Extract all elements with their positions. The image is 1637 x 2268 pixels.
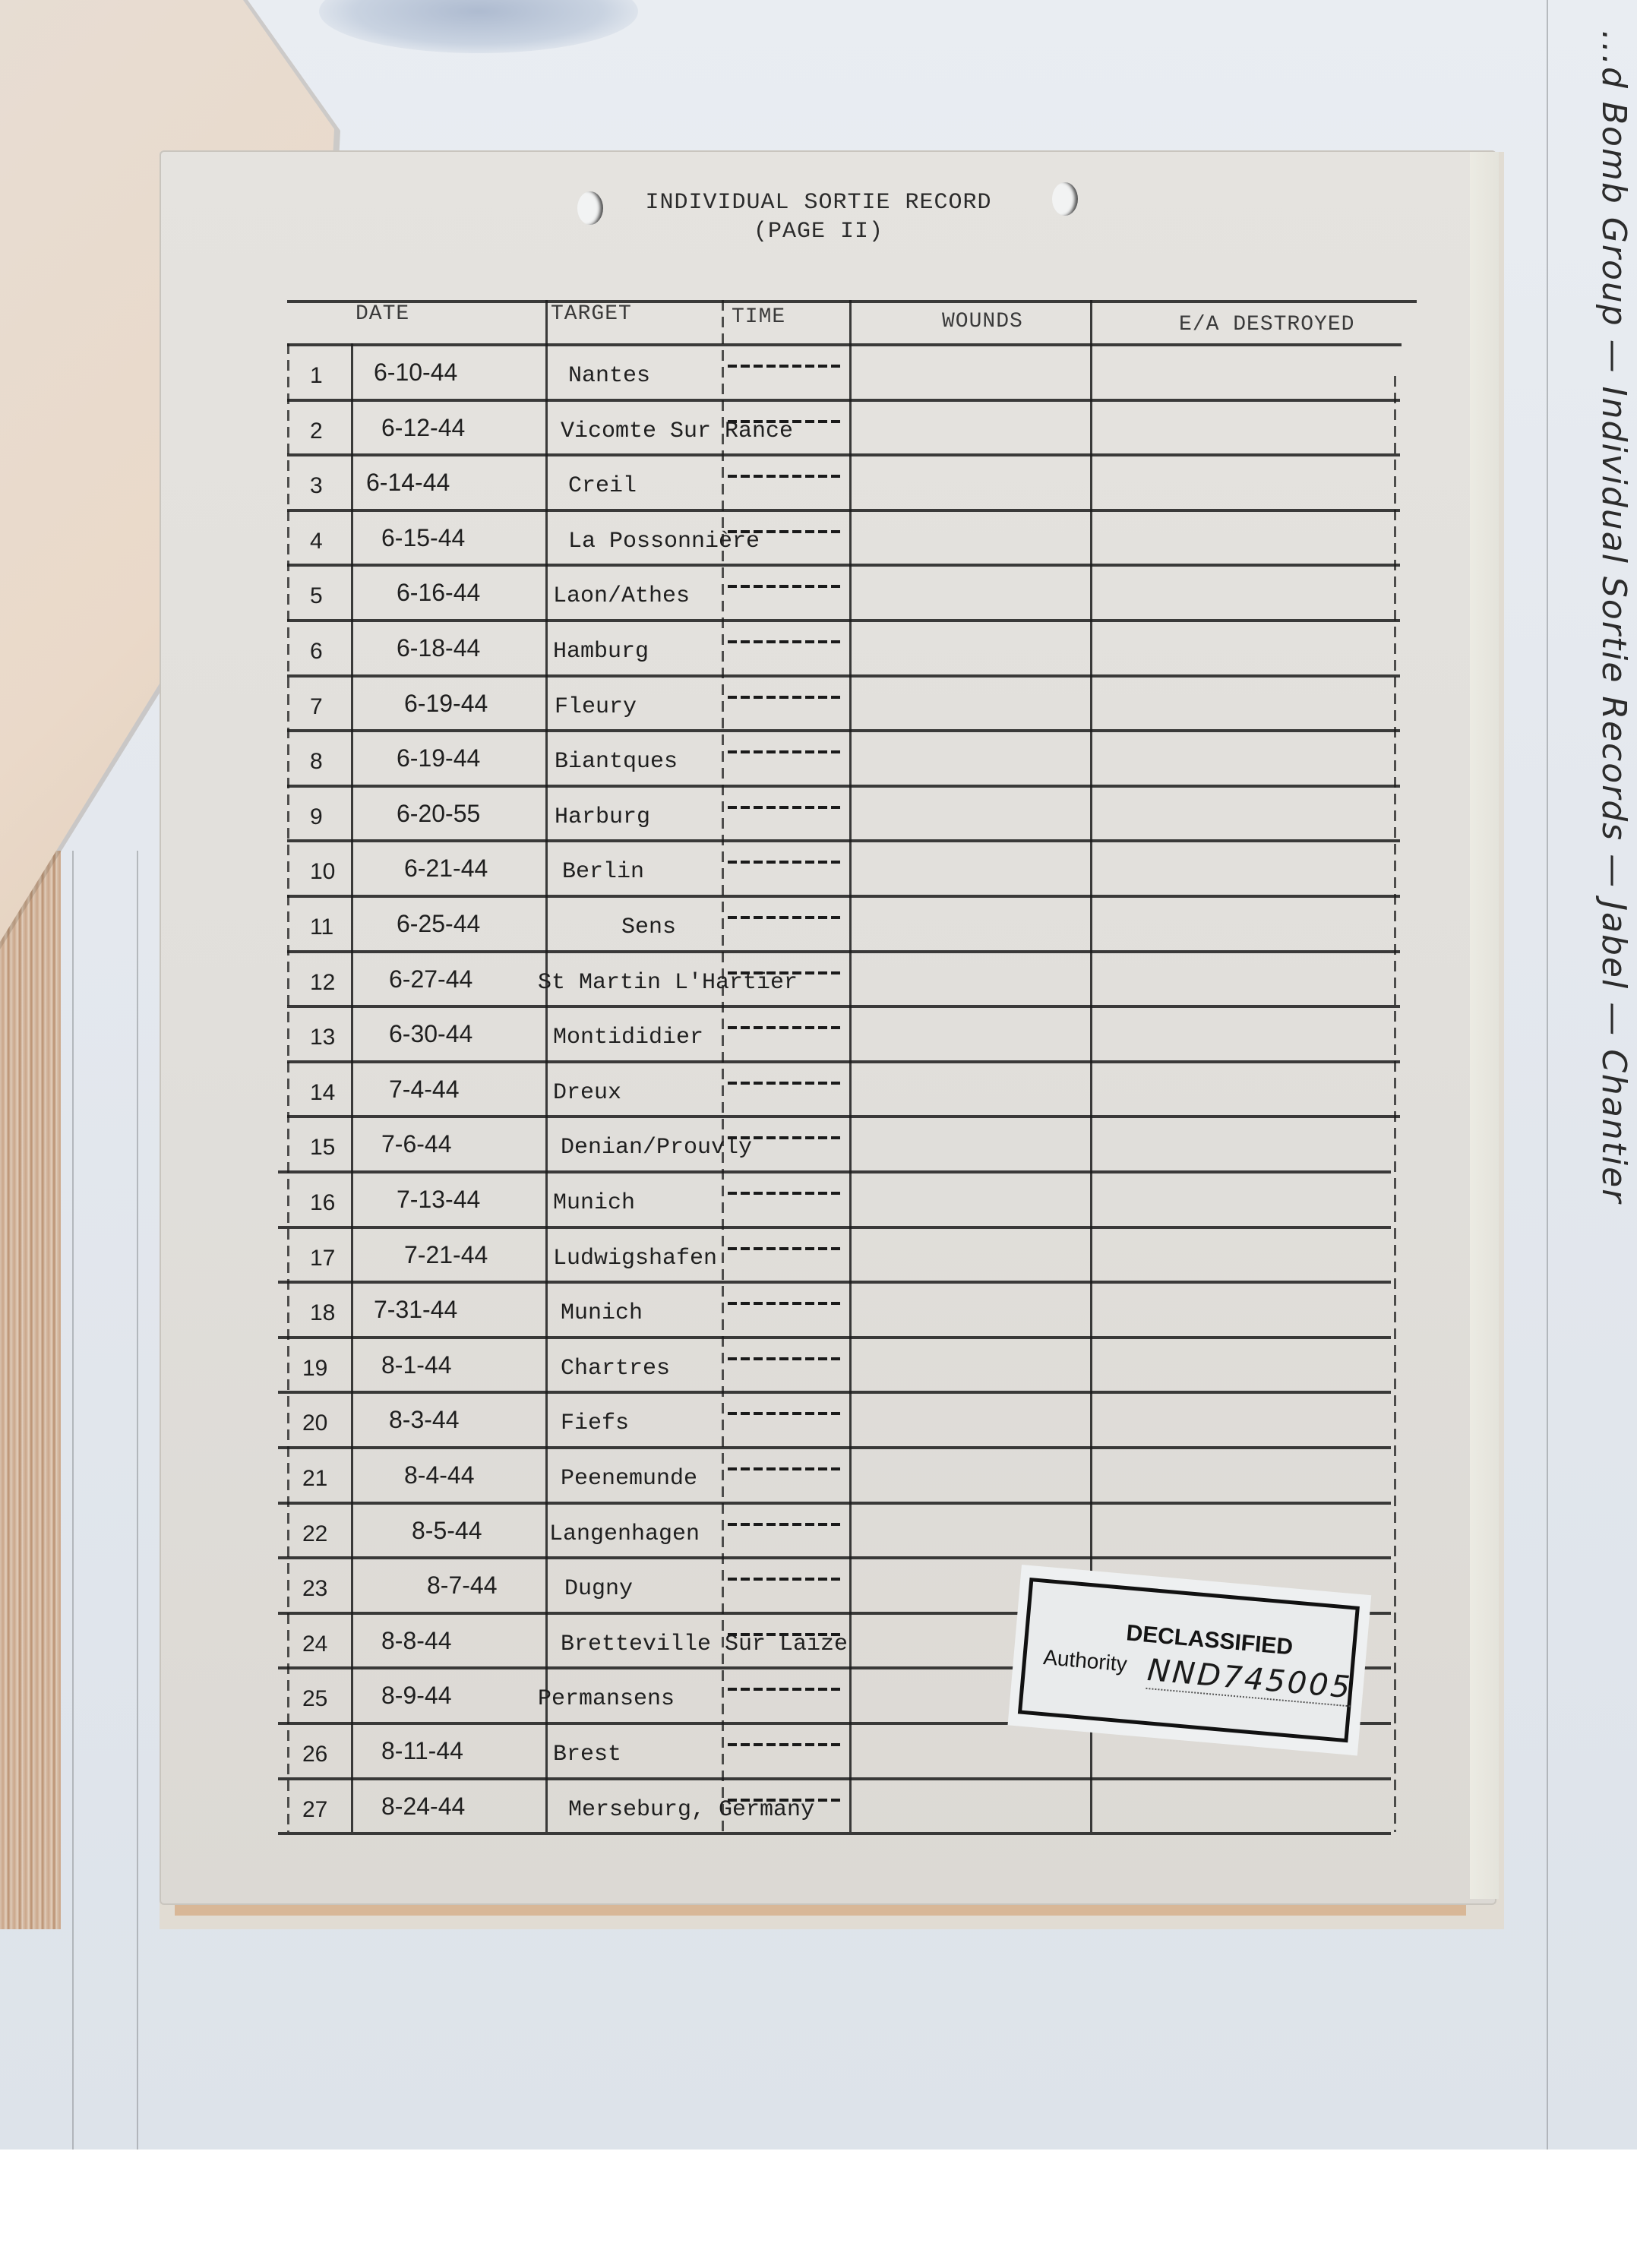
row-rule <box>287 674 1400 678</box>
column-header-time: TIME <box>732 305 785 329</box>
time-dash-placeholder <box>728 1357 842 1360</box>
target-name: Brest <box>553 1742 621 1767</box>
row-rule <box>287 1115 1400 1118</box>
time-dash-placeholder <box>728 861 842 864</box>
target-name: Peenemunde <box>561 1466 697 1492</box>
target-name: Dugny <box>564 1576 633 1602</box>
target-name: Sens <box>621 914 676 940</box>
time-dash-placeholder <box>728 1523 842 1526</box>
sortie-date: 6-30-44 <box>389 1020 472 1048</box>
folder-page-edges <box>0 851 61 1929</box>
time-dash-placeholder <box>728 1799 842 1802</box>
column-header-wounds: WOUNDS <box>942 310 1023 333</box>
table-right-rule <box>1394 376 1396 1832</box>
sortie-date: 8-5-44 <box>412 1517 482 1545</box>
sortie-date: 6-20-55 <box>397 800 480 828</box>
row-number: 27 <box>302 1797 327 1823</box>
row-number: 4 <box>310 529 323 554</box>
stamp-authority-code: NND745005 <box>1146 1653 1353 1707</box>
paper-right-edge <box>1470 152 1499 1899</box>
document-title: INDIVIDUAL SORTIE RECORD <box>0 190 1637 216</box>
sortie-date: 8-24-44 <box>381 1793 465 1821</box>
target-name: Biantques <box>555 749 678 775</box>
time-dash-placeholder <box>728 1026 842 1029</box>
row-rule <box>278 1502 1391 1505</box>
target-name: Dreux <box>553 1080 621 1106</box>
column-header-target: TARGET <box>551 302 632 326</box>
sortie-date: 6-19-44 <box>404 690 488 718</box>
time-dash-placeholder <box>728 1136 842 1139</box>
row-rule <box>287 399 1400 402</box>
row-rule <box>287 950 1400 953</box>
guide-line-right <box>1547 0 1548 2150</box>
document-subtitle: (PAGE II) <box>0 219 1637 245</box>
sortie-date: 7-4-44 <box>389 1076 460 1104</box>
sortie-date: 8-3-44 <box>389 1406 460 1434</box>
row-rule <box>287 564 1400 567</box>
sortie-date: 7-13-44 <box>397 1186 480 1214</box>
time-dash-placeholder <box>728 1688 842 1691</box>
sortie-date: 8-11-44 <box>381 1737 463 1765</box>
time-dash-placeholder <box>728 916 842 919</box>
time-dash-placeholder <box>728 1082 842 1085</box>
target-name: Fleury <box>555 694 637 720</box>
row-number: 13 <box>310 1025 335 1050</box>
target-name: Nantes <box>568 363 650 389</box>
sortie-date: 6-18-44 <box>397 634 480 662</box>
target-name: Montididier <box>553 1025 703 1050</box>
sortie-date: 6-25-44 <box>397 910 480 938</box>
target-name: Creil <box>568 473 637 499</box>
time-dash-placeholder <box>728 1578 842 1581</box>
row-number: 23 <box>302 1576 327 1602</box>
row-number: 10 <box>310 859 335 885</box>
row-number: 21 <box>302 1466 327 1492</box>
row-rule <box>287 895 1400 898</box>
target-name: Hamburg <box>553 639 649 665</box>
sortie-date: 8-4-44 <box>404 1461 475 1489</box>
target-name: Munich <box>561 1300 643 1326</box>
row-rule <box>278 1170 1391 1173</box>
row-rule <box>278 1446 1391 1449</box>
sortie-date: 8-1-44 <box>381 1351 452 1379</box>
stamp-border: DECLASSIFIED Authority NND745005 <box>1018 1578 1360 1742</box>
time-dash-placeholder <box>728 1633 842 1636</box>
row-rule <box>287 729 1400 732</box>
sortie-date: 6-14-44 <box>366 469 450 497</box>
row-number: 16 <box>310 1190 335 1216</box>
sortie-date: 6-10-44 <box>374 359 457 387</box>
target-name: Munich <box>553 1190 635 1216</box>
row-rule <box>287 785 1400 788</box>
row-number: 25 <box>302 1686 327 1712</box>
row-rule <box>278 1832 1391 1835</box>
time-dash-placeholder <box>728 640 842 643</box>
sortie-date: 7-21-44 <box>404 1241 488 1269</box>
row-rule <box>287 453 1400 456</box>
row-number: 18 <box>310 1300 335 1326</box>
row-number: 2 <box>310 419 323 444</box>
row-number: 22 <box>302 1521 327 1547</box>
column-header-date: DATE <box>356 302 409 326</box>
sortie-date: 8-9-44 <box>381 1682 452 1710</box>
declassified-stamp: DECLASSIFIED Authority NND745005 <box>1008 1565 1372 1755</box>
time-dash-placeholder <box>728 1743 842 1746</box>
wounds-column-rule <box>849 300 852 1832</box>
time-dash-placeholder <box>728 1467 842 1470</box>
row-rule <box>278 1281 1391 1284</box>
row-number: 1 <box>310 363 323 389</box>
row-number: 7 <box>310 694 323 720</box>
bottom-margin <box>0 2150 1637 2268</box>
time-dash-placeholder <box>728 750 842 753</box>
target-column-rule <box>545 300 548 1832</box>
sortie-date: 8-7-44 <box>427 1571 498 1600</box>
table-header-rule <box>287 343 1402 346</box>
sortie-date: 6-16-44 <box>397 579 480 607</box>
time-dash-placeholder <box>728 1302 842 1305</box>
time-dash-placeholder <box>728 585 842 588</box>
time-dash-placeholder <box>728 696 842 699</box>
row-number: 15 <box>310 1135 335 1161</box>
target-name: Denian/Prouvly <box>561 1135 752 1161</box>
target-name: Permansens <box>538 1686 675 1712</box>
row-rule <box>278 1336 1391 1339</box>
time-dash-placeholder <box>728 530 842 533</box>
sortie-date: 7-31-44 <box>374 1296 457 1324</box>
sortie-date: 6-21-44 <box>404 854 488 883</box>
target-name: Ludwigshafen <box>553 1246 717 1271</box>
guide-line-left-outer <box>72 851 74 2150</box>
target-name: Fiefs <box>561 1410 629 1436</box>
stamp-authority-label: Authority <box>1042 1645 1128 1677</box>
time-dash-placeholder <box>728 1412 842 1415</box>
sortie-date: 8-8-44 <box>381 1627 452 1655</box>
row-rule <box>278 1556 1391 1559</box>
row-number: 20 <box>302 1410 327 1436</box>
table-top-rule <box>287 300 1417 303</box>
row-number: 19 <box>302 1356 327 1382</box>
time-dash-placeholder <box>728 420 842 423</box>
row-number: 6 <box>310 639 323 665</box>
row-number: 3 <box>310 473 323 499</box>
guide-line-left <box>137 851 138 2150</box>
num-column-rule <box>351 343 353 1832</box>
row-rule <box>278 1777 1391 1780</box>
target-name: Harburg <box>555 804 650 830</box>
time-dash-placeholder <box>728 806 842 809</box>
time-dash-placeholder <box>728 1192 842 1195</box>
target-name: Langenhagen <box>549 1521 700 1547</box>
row-number: 5 <box>310 583 323 609</box>
row-number: 17 <box>310 1246 335 1271</box>
row-rule <box>278 1226 1391 1229</box>
row-number: 8 <box>310 749 323 775</box>
row-rule <box>287 839 1400 842</box>
sortie-date: 6-19-44 <box>397 744 480 772</box>
row-rule <box>287 1060 1400 1063</box>
row-number: 11 <box>310 914 333 940</box>
row-rule <box>287 509 1400 512</box>
row-number: 14 <box>310 1080 335 1106</box>
sortie-date: 6-12-44 <box>381 414 465 442</box>
row-rule <box>287 1005 1400 1008</box>
column-header-ea-destroyed: E/A DESTROYED <box>1179 313 1354 336</box>
sortie-date: 7-6-44 <box>381 1130 452 1158</box>
time-dash-placeholder <box>728 1247 842 1250</box>
time-dash-placeholder <box>728 475 842 478</box>
row-number: 26 <box>302 1742 327 1767</box>
sortie-date: 6-27-44 <box>389 965 472 993</box>
time-dash-placeholder <box>728 971 842 974</box>
target-name: Laon/Athes <box>553 583 690 609</box>
target-name: Chartres <box>561 1356 670 1382</box>
handwritten-margin-note: ...d Bomb Group — Individual Sortie Reco… <box>1594 30 1633 1204</box>
row-rule <box>278 1391 1391 1394</box>
row-number: 12 <box>310 970 335 996</box>
sortie-date: 6-15-44 <box>381 524 465 552</box>
row-rule <box>287 619 1400 622</box>
row-number: 24 <box>302 1632 327 1657</box>
time-dash-placeholder <box>728 365 842 368</box>
table-left-rule <box>287 343 289 1832</box>
target-name: Berlin <box>562 859 644 885</box>
row-number: 9 <box>310 804 323 830</box>
